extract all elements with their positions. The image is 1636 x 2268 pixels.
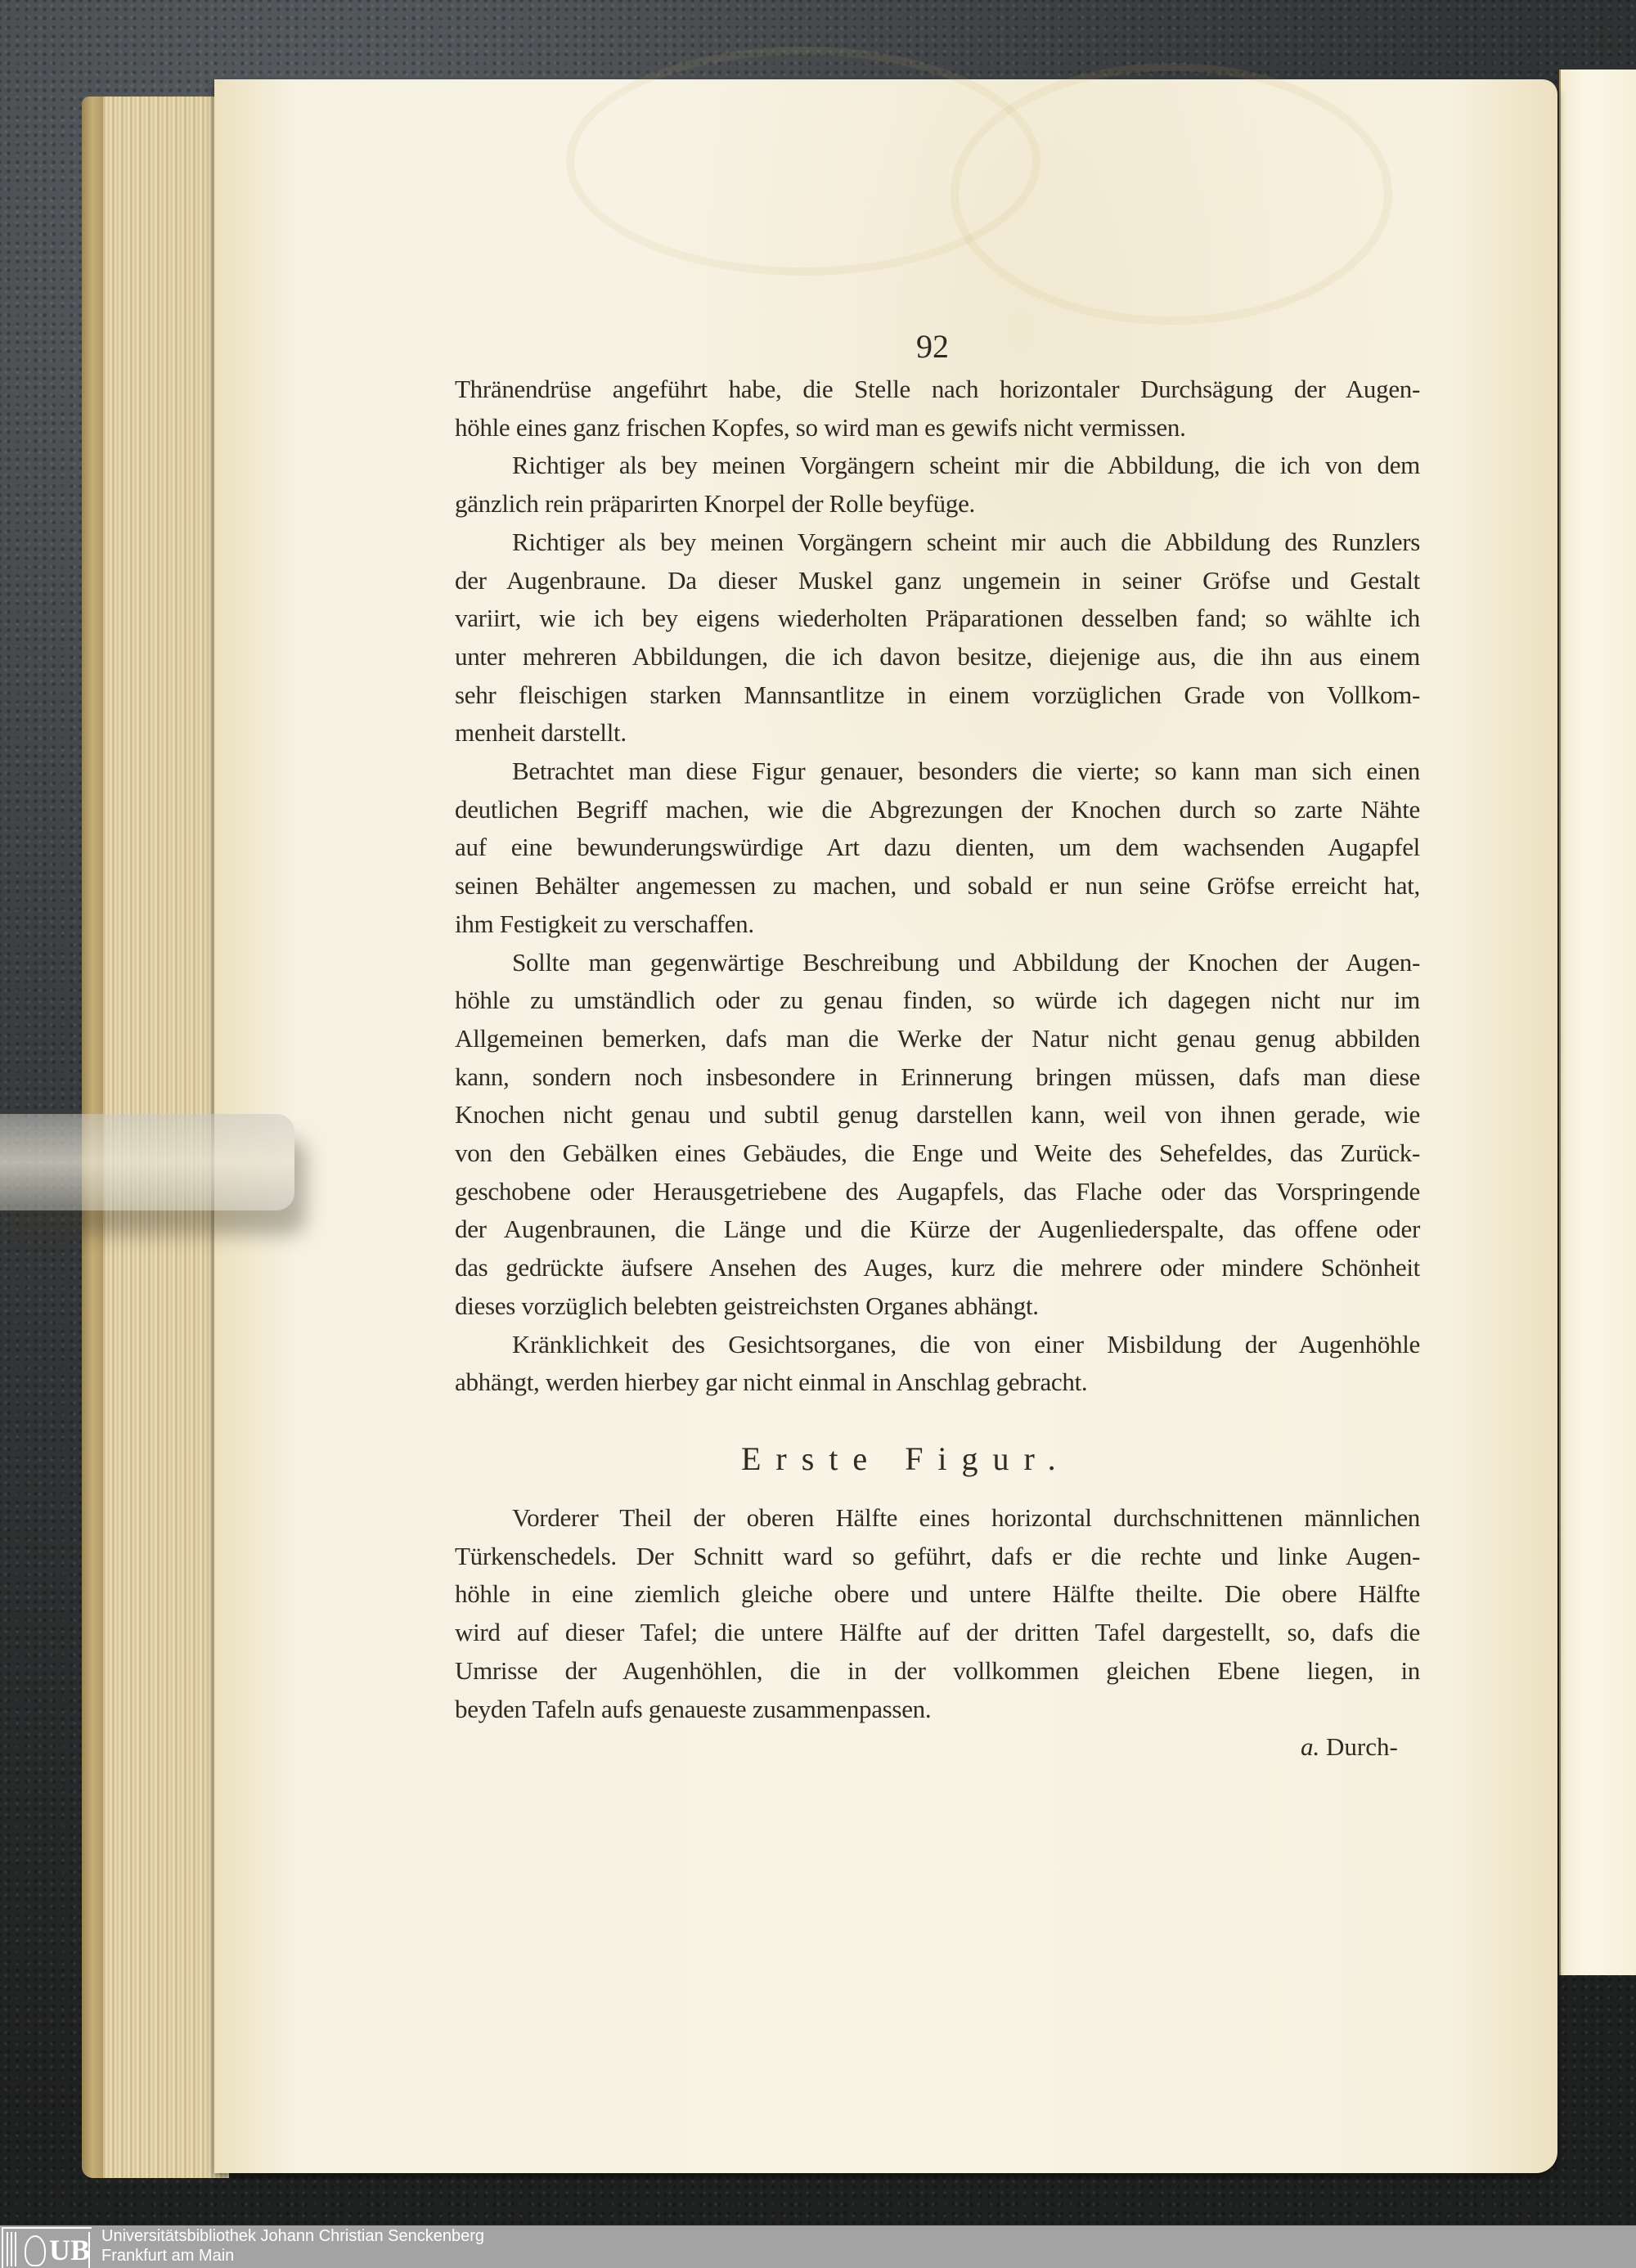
water-stain (951, 63, 1392, 325)
catchword-italic: a. (1301, 1732, 1319, 1761)
text-line: der Augenbraunen, die Länge und die Kürz… (455, 1215, 1420, 1244)
catchword-text: Durch- (1319, 1732, 1398, 1761)
text-line: Betrachtet man diese Figur genauer, beso… (512, 757, 1420, 786)
text-line: Thränendrüse angeführt habe, die Stelle … (455, 375, 1420, 404)
text-line: Türkenschedels. Der Schnitt ward so gefü… (455, 1542, 1420, 1571)
text-line: wird auf dieser Tafel; die untere Hälfte… (455, 1618, 1420, 1647)
text-line: Knochen nicht genau und subtil genug dar… (455, 1100, 1420, 1130)
text-line: seinen Behälter angemessen zu machen, un… (455, 871, 1420, 900)
text-line: der Augenbraune. Da dieser Muskel ganz u… (455, 566, 1420, 595)
facing-page-edge (1559, 70, 1636, 1975)
text-line: Richtiger als bey meinen Vorgängern sche… (512, 528, 1420, 557)
page-number: 92 (916, 327, 949, 366)
text-line: Vorderer Theil der oberen Hälfte eines h… (512, 1503, 1420, 1533)
text-line: dieses vorzüglich belebten geistreichste… (455, 1291, 1039, 1321)
portrait-icon (25, 2235, 46, 2266)
catchword: a. Durch- (1301, 1732, 1398, 1762)
text-line: Richtiger als bey meinen Vorgängern sche… (512, 451, 1420, 480)
text-line: Kränklichkeit des Gesichtsorganes, die v… (512, 1330, 1420, 1359)
institution-location: Frankfurt am Main (101, 2247, 234, 2266)
library-logo: UB (2, 2227, 92, 2268)
logo-pillar-icon (15, 2232, 16, 2266)
text-line: variirt, wie ich bey eigens wiederholten… (455, 604, 1420, 633)
text-line: gänzlich rein präparirten Knorpel der Ro… (455, 489, 975, 519)
logo-divider (88, 2232, 90, 2268)
text-line: von den Gebälken eines Gebäudes, die Eng… (455, 1138, 1420, 1168)
text-line: Allgemeinen bemerken, dafs man die Werke… (455, 1024, 1420, 1053)
text-line: auf eine bewunderungswürdige Art dazu di… (455, 833, 1420, 862)
institution-name: Universitätsbibliothek Johann Christian … (101, 2227, 484, 2246)
text-line: höhle zu umständlich oder zu genau finde… (455, 986, 1420, 1015)
text-line: geschobene oder Herausgetriebene des Aug… (455, 1177, 1420, 1206)
logo-ub-text: UB (49, 2234, 90, 2266)
text-line: Umrisse der Augenhöhlen, die in der voll… (455, 1656, 1420, 1686)
logo-pillar-icon (11, 2232, 12, 2266)
text-line: kann, sondern noch insbesondere in Erinn… (455, 1062, 1420, 1092)
plastic-page-holder (0, 1114, 294, 1210)
text-line: ihm Festigkeit zu verschaffen. (455, 909, 754, 939)
text-line: abhängt, werden hierbey gar nicht einmal… (455, 1368, 1087, 1397)
text-line: höhle eines ganz frischen Kopfes, so wir… (455, 413, 1186, 442)
text-line: beyden Tafeln aufs genaueste zusammenpas… (455, 1695, 931, 1724)
section-heading: Erste Figur. (741, 1439, 1071, 1478)
text-line: das gedrückte äufsere Ansehen des Auges,… (455, 1253, 1420, 1282)
text-line: Sollte man gegenwärtige Beschreibung und… (512, 948, 1420, 977)
footer-bar: UB Universitätsbibliothek Johann Christi… (0, 2225, 1636, 2268)
text-line: höhle in eine ziemlich gleiche obere und… (455, 1579, 1420, 1609)
text-line: unter mehreren Abbildungen, die ich davo… (455, 642, 1420, 671)
text-line: menheit darstellt. (455, 718, 627, 748)
logo-pillar-icon (7, 2232, 8, 2266)
text-line: sehr fleischigen starken Mannsantlitze i… (455, 680, 1420, 710)
text-line: deutlichen Begriff machen, wie die Abgre… (455, 795, 1420, 824)
